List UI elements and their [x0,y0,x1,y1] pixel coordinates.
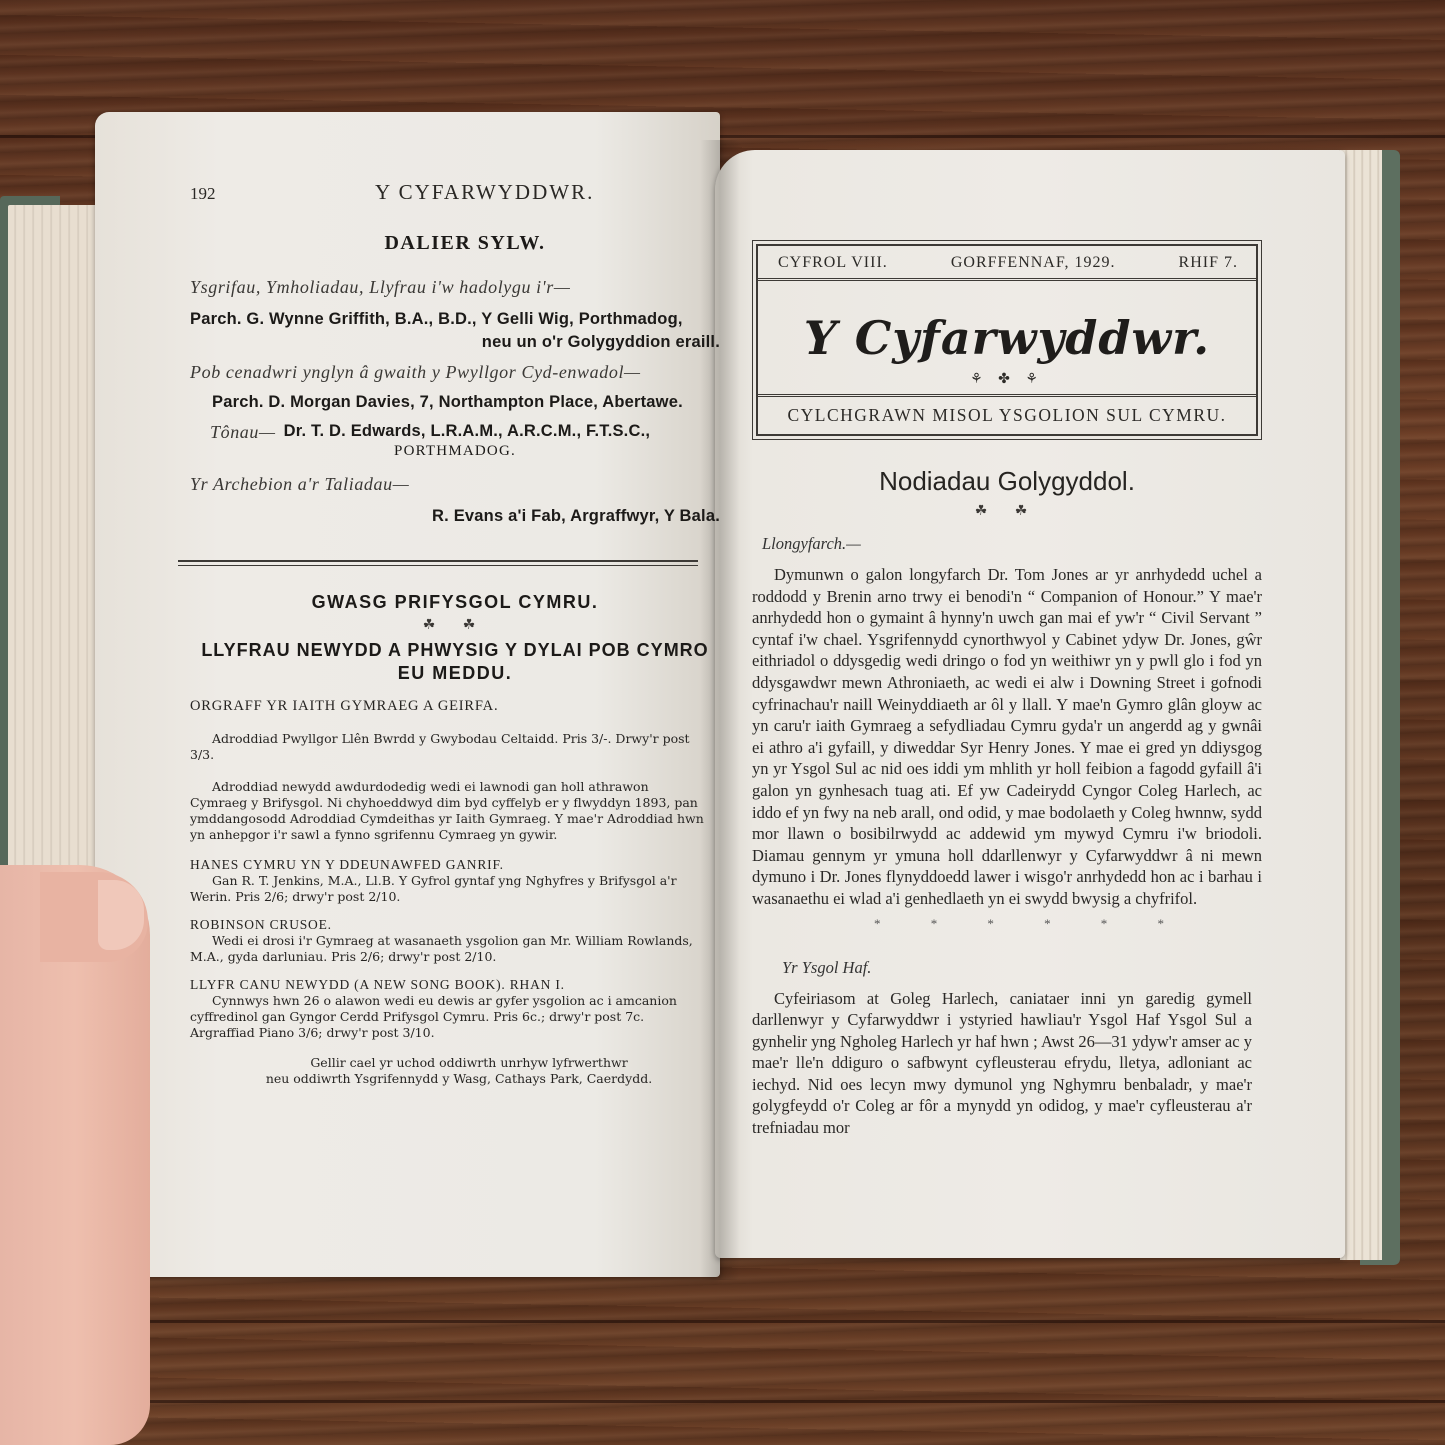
book-title: HANES CYMRU YN Y DDEUNAWFED GANRIF. [190,857,708,873]
ornament-icon: ⚘ ✤ ⚘ [758,371,1256,388]
notice-heading: DALIER SYLW. [210,232,720,255]
separator-star-icon: * [1044,916,1051,932]
notice-label: Tônau— [210,422,276,443]
article-heading: Llongyfarch.— [762,534,1262,554]
notice-address: R. Evans a'i Fab, Argraffwyr, Y Bala. [190,507,720,526]
book-entry: ROBINSON CRUSOE. Wedi ei drosi i'r Gymra… [190,917,708,965]
magazine-title: Y Cyfarwyddwr. [758,281,1256,365]
clover-ornament-icon: ☘ ☘ [190,617,720,634]
book-description: Adroddiad newydd awdurdodedig wedi ei la… [190,779,708,843]
right-page-content: CYFROL VIII. GORFFENNAF, 1929. RHIF 7. Y… [752,242,1262,1139]
issue-date: GORFFENNAF, 1929. [951,254,1116,272]
left-page-content: 192 Y CYFARWYDDWR. DALIER SYLW. Ysgrifau… [190,180,720,1087]
book-description: Gan R. T. Jenkins, M.A., Ll.B. Y Gyfrol … [190,873,708,905]
separator-star-icon: * [1101,916,1108,932]
notice-entry: Tônau— Dr. T. D. Edwards, L.R.A.M., A.R.… [210,422,720,443]
notice-address: Parch. G. Wynne Griffith, B.A., B.D., Y … [190,310,720,329]
page-number: 192 [190,184,250,204]
book-title: ROBINSON CRUSOE. [190,917,708,933]
masthead: CYFROL VIII. GORFFENNAF, 1929. RHIF 7. Y… [756,244,1258,436]
advert-headline: EU MEDDU. [190,663,720,684]
article-heading: Yr Ysgol Haf. [782,958,1262,978]
article-body: Dymunwn o galon longyfarch Dr. Tom Jones… [752,564,1262,910]
book-entry: HANES CYMRU YN Y DDEUNAWFED GANRIF. Gan … [190,857,708,905]
book-title: LLYFR CANU NEWYDD (A NEW SONG BOOK). RHA… [190,977,708,993]
double-rule-divider [178,560,698,566]
notice-label: Pob cenadwri ynglyn â gwaith y Pwyllgor … [190,362,720,383]
article: Yr Ysgol Haf. Cyfeiriasom at Goleg Harle… [752,958,1262,1139]
article: Llongyfarch.— Dymunwn o galon longyfarch… [752,534,1262,910]
article-body: Cyfeiriasom at Goleg Harlech, caniataer … [752,988,1252,1139]
running-header: 192 Y CYFARWYDDWR. [190,180,720,214]
section-title: Nodiadau Golygyddol. [752,466,1262,497]
publisher-heading: GWASG PRIFYSGOL CYMRU. [190,592,720,613]
notice-address: Parch. D. Morgan Davies, 7, Northampton … [212,393,720,412]
book-entry: LLYFR CANU NEWYDD (A NEW SONG BOOK). RHA… [190,977,708,1041]
issue-number: RHIF 7. [1179,254,1238,272]
page-stack-right [1340,150,1382,1260]
masthead-issue-line: CYFROL VIII. GORFFENNAF, 1929. RHIF 7. [758,246,1256,281]
notice-address: neu un o'r Golygyddion eraill. [190,333,720,352]
book-description: Wedi ei drosi i'r Gymraeg at wasanaeth y… [190,933,708,965]
magazine-subtitle: CYLCHGRAWN MISOL YSGOLION SUL CYMRU. [758,394,1256,434]
separator-star-icon: * [874,916,881,932]
clover-ornament-icon: ☘ ☘ [752,503,1262,520]
wood-plank-seam [0,1320,1445,1323]
separator-star-icon: * [1157,916,1164,932]
notice-label: Ysgrifau, Ymholiadau, Llyfrau i'w hadoly… [190,277,720,298]
book-list: ORGRAFF YR IAITH GYMRAEG A GEIRFA. Adrod… [190,698,720,1087]
section-separator: * * * * * * [874,916,1164,932]
advert-headline: LLYFRAU NEWYDD A PHWYSIG Y DYLAI POB CYM… [190,640,720,661]
book-description: Adroddiad Pwyllgor Llên Bwrdd y Gwybodau… [190,731,708,763]
advert-footer: Gellir cael yr uchod oddiwrth unrhyw lyf… [190,1055,708,1071]
book-description: Cynnwys hwn 26 o alawon wedi eu dewis ar… [190,993,708,1041]
wood-plank-seam [0,1400,1445,1403]
separator-star-icon: * [931,916,938,932]
book-title: ORGRAFF YR IAITH GYMRAEG A GEIRFA. [190,698,708,715]
notice-entry: Pob cenadwri ynglyn â gwaith y Pwyllgor … [190,362,720,412]
notice-address: Dr. T. D. Edwards, L.R.A.M., A.R.C.M., F… [284,422,651,443]
book-entry: ORGRAFF YR IAITH GYMRAEG A GEIRFA. Adrod… [190,698,708,843]
running-title: Y CYFARWYDDWR. [375,180,594,205]
notice-label: Yr Archebion a'r Taliadau— [190,474,720,495]
notice-address: PORTHMADOG. [190,443,720,460]
separator-star-icon: * [987,916,994,932]
volume-label: CYFROL VIII. [778,254,888,272]
notice-entry: Ysgrifau, Ymholiadau, Llyfrau i'w hadoly… [190,277,720,352]
advert-footer: neu oddiwrth Ysgrifennydd y Wasg, Cathay… [190,1071,708,1087]
notice-entry: Yr Archebion a'r Taliadau— R. Evans a'i … [190,474,720,526]
